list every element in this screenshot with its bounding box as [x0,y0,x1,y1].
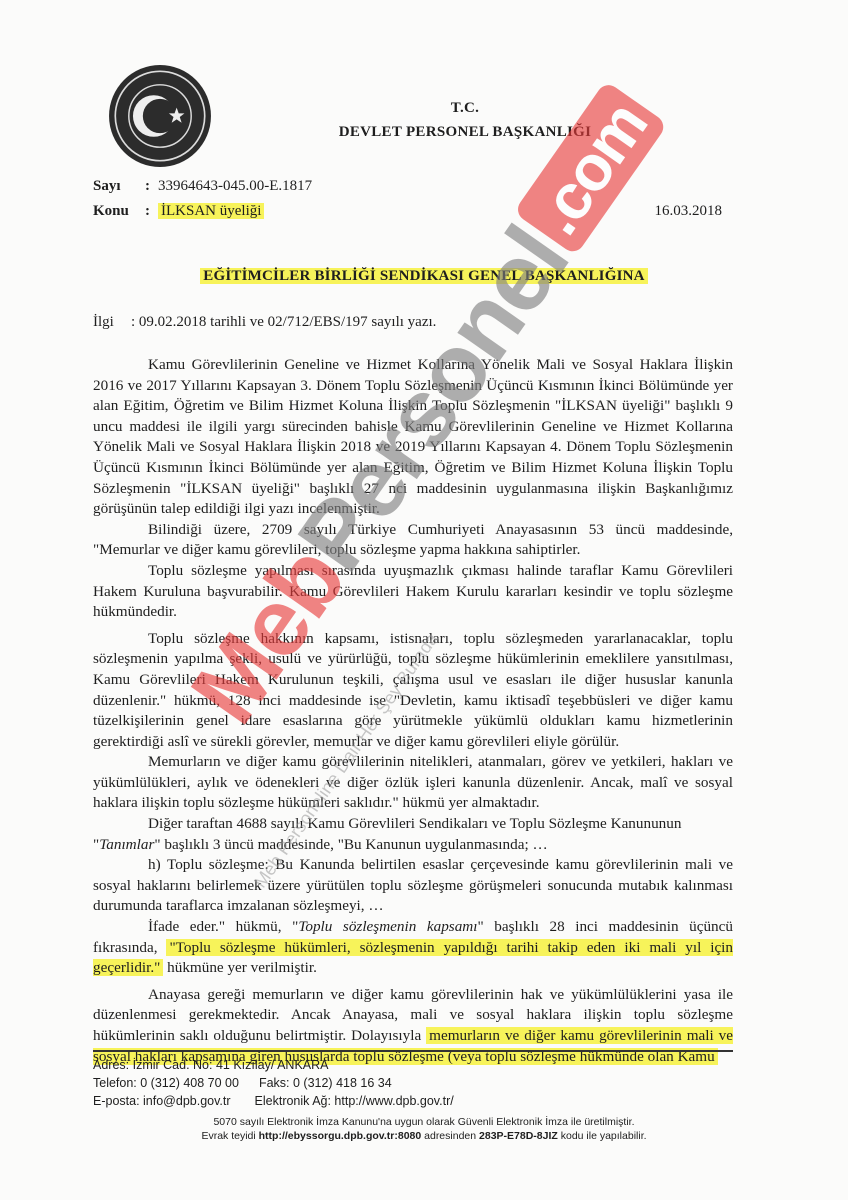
ilgi-label: İlgi [93,314,131,331]
paragraph-1: Kamu Görevlilerinin Geneline ve Hizmet K… [93,355,733,520]
header-tc: T.C. [300,96,630,120]
e-signature-note: 5070 sayılı Elektronik İmza Kanunu'na uy… [0,1115,848,1143]
sayi-row: Sayı:33964643-045.00-E.1817 [93,178,312,195]
recipient-heading: EĞİTİMCİLER BİRLİĞİ SENDİKASI GENEL BAŞK… [0,268,848,285]
paragraph-4: Toplu sözleşme hakkının kapsamı, istisna… [93,629,733,753]
footer-phone: Telefon: 0 (312) 408 70 00 [93,1076,239,1090]
paragraph-7: "Tanımlar" başlıklı 3 üncü maddesinde, "… [93,835,733,856]
crescent-star-emblem-icon [108,64,212,168]
konu-label: Konu [93,203,145,220]
footer-address: Adres: İzmir Cad. No: 41 Kızılay/ ANKARA [93,1056,454,1074]
verify-url: http://ebyssorgu.dpb.gov.tr:8080 [259,1130,422,1142]
paragraph-5: Memurların ve diğer kamu görevlilerinin … [93,752,733,814]
konu-value: İLKSAN üyeliği [158,203,264,219]
document-date: 16.03.2018 [655,203,723,220]
paragraph-6: Diğer taraftan 4688 sayılı Kamu Görevlil… [93,814,733,835]
footer-fax: Faks: 0 (312) 418 16 34 [259,1076,392,1090]
footer-divider [93,1050,733,1052]
italic-title: Toplu sözleşmenin kapsamı [298,918,477,935]
ilgi-row: İlgi: 09.02.2018 tarihli ve 02/712/EBS/1… [93,314,436,331]
konu-row: Konu:İLKSAN üyeliği [93,203,264,220]
document-page: T.C. DEVLET PERSONEL BAŞKANLIĞI Sayı:339… [0,0,848,1200]
esign-statement: 5070 sayılı Elektronik İmza Kanunu'na uy… [0,1115,848,1129]
verify-code: 283P-E78D-8JIZ [479,1130,558,1142]
verification-line: Evrak teyidi http://ebyssorgu.dpb.gov.tr… [0,1129,848,1143]
footer-web: Elektronik Ağ: http://www.dpb.gov.tr/ [255,1094,454,1108]
paragraph-3: Toplu sözleşme yapılması sırasında uyuşm… [93,561,733,623]
paragraph-2: Bilindiği üzere, 2709 sayılı Türkiye Cum… [93,520,733,561]
institution-header: T.C. DEVLET PERSONEL BAŞKANLIĞI [300,96,630,144]
sayi-value: 33964643-045.00-E.1817 [158,178,312,194]
paragraph-9: İfade eder." hükmü, "Toplu sözleşmenin k… [93,917,733,979]
ilgi-value: : 09.02.2018 tarihli ve 02/712/EBS/197 s… [131,314,436,330]
letter-body: Kamu Görevlilerinin Geneline ve Hizmet K… [93,355,733,1067]
header-institution: DEVLET PERSONEL BAŞKANLIĞI [300,120,630,144]
paragraph-10: Anayasa gereği memurların ve diğer kamu … [93,985,733,1067]
paragraph-8: h) Toplu sözleşme: Bu Kanunda belirtilen… [93,855,733,917]
footer-contact: Adres: İzmir Cad. No: 41 Kızılay/ ANKARA… [93,1056,454,1110]
sayi-label: Sayı [93,178,145,195]
footer-email: E-posta: info@dpb.gov.tr [93,1094,231,1108]
